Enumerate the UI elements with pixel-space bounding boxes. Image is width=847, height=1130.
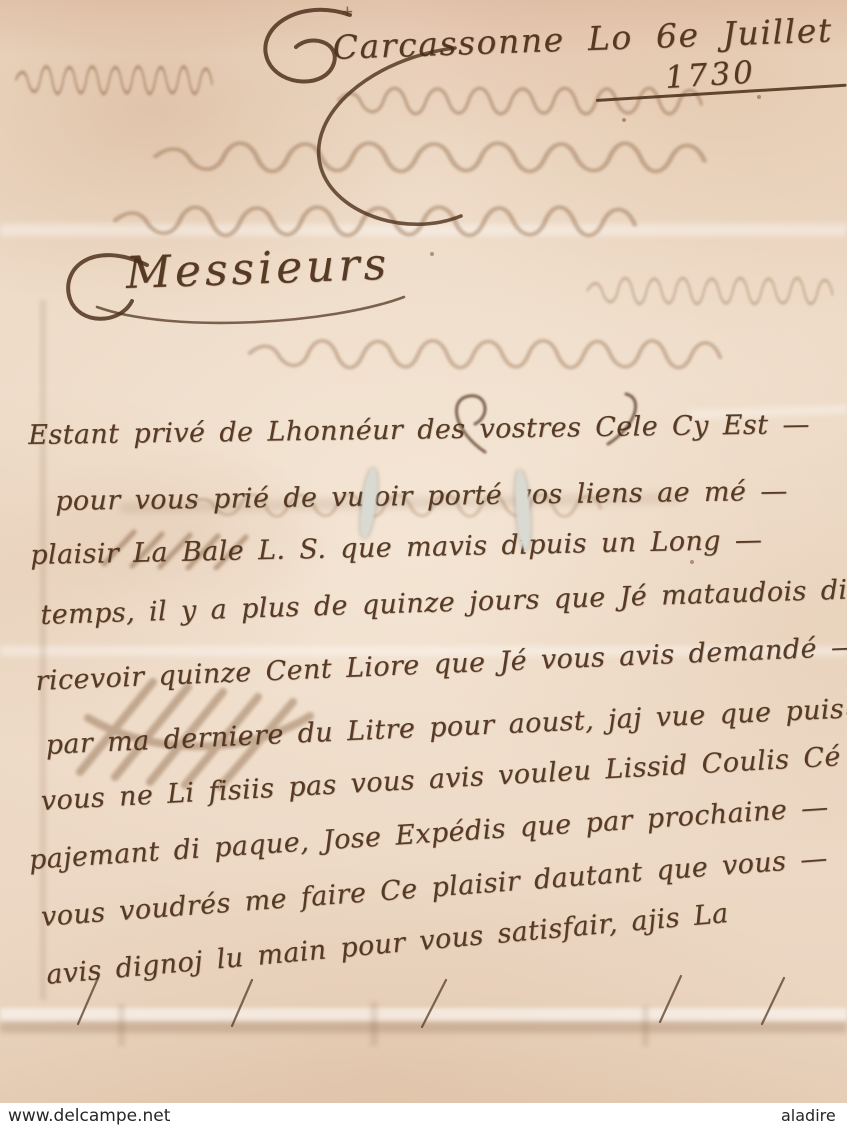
ink-speck (622, 118, 626, 122)
aged-paper: + Carcassonne Lo 6e Juillet 1730 Messieu… (0, 0, 847, 1103)
bleedthrough-line (14, 56, 214, 98)
watermark-delcampe: www.delcampe.net (8, 1106, 170, 1126)
manuscript-line: temps, il y a plus de quinze jours que J… (40, 573, 847, 631)
header-dateline: Carcassonne Lo 6e Juillet (332, 11, 833, 67)
manuscript-line: Estant privé de Lhonnéur des vostres Cel… (28, 409, 810, 451)
ink-speck (757, 95, 761, 99)
descender-strokes (60, 972, 800, 1028)
manuscript-line: pour vous prié de vuloir porté vos liens… (55, 476, 788, 517)
ink-speck (690, 560, 694, 564)
capital-c-swash (295, 42, 475, 242)
footer-bar: www.delcampe.net aladire (0, 1103, 847, 1130)
vertical-crease (40, 300, 46, 1000)
letter-scan: + Carcassonne Lo 6e Juillet 1730 Messieu… (0, 0, 847, 1130)
ink-speck (430, 252, 434, 256)
salutation: Messieurs (125, 239, 391, 299)
salutation-tail-stroke (92, 292, 412, 332)
manuscript-line: ricevoir quinze Cent Liore que Jé vous a… (35, 632, 847, 697)
bleedthrough-line (245, 330, 725, 372)
bleedthrough-line (585, 268, 835, 308)
watermark-seller: aladire (781, 1106, 836, 1125)
